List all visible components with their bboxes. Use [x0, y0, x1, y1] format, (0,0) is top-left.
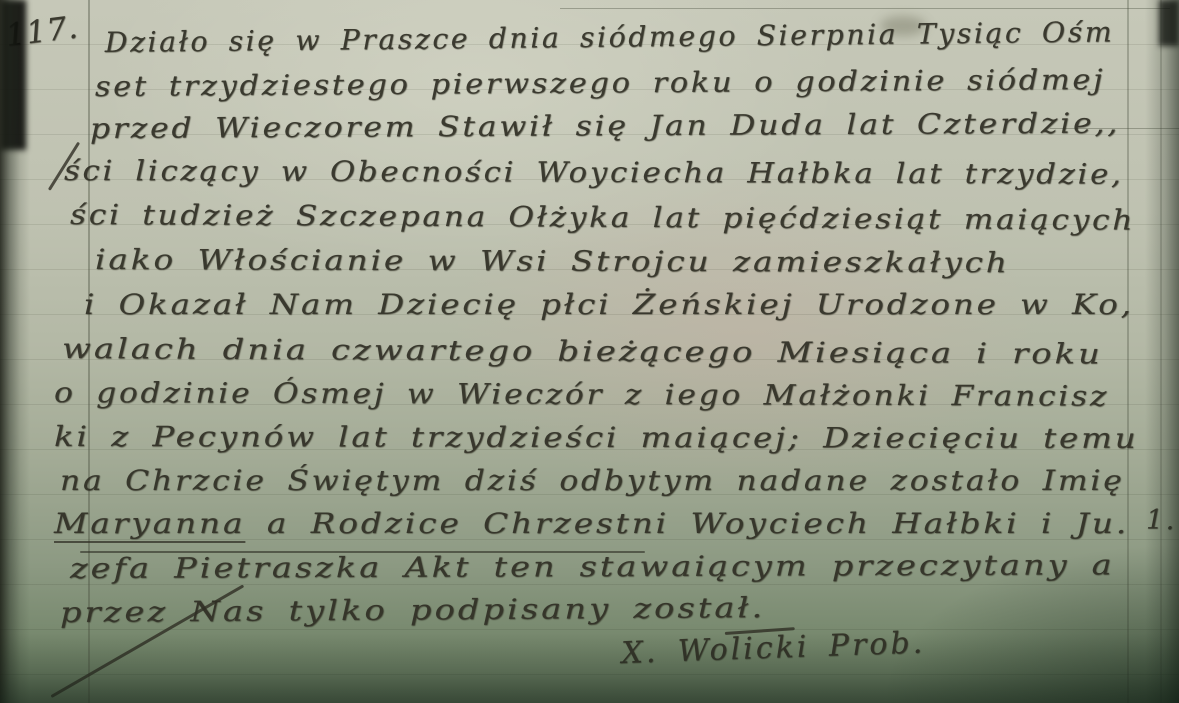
manuscript-line: iako Włościanie w Wsi Strojcu zamieszkał…: [95, 243, 1010, 279]
manuscript-line: przez Nas tylko podpisany został.: [60, 591, 765, 629]
manuscript-line: ki z Pecynów lat trzydzieści maiącej; Dz…: [54, 420, 1139, 455]
child-name: Maryanna: [54, 507, 245, 543]
manuscript-line: na Chrzcie Świętym dziś odbytym nadane z…: [60, 464, 1125, 497]
manuscript-line: o godzinie Ósmej w Wieczór z iego Małżon…: [54, 376, 1109, 413]
top-rule: [560, 8, 1170, 9]
photo-dark-corner: [1159, 0, 1179, 46]
manuscript-line: przed Wieczorem Stawił się Jan Duda lat …: [90, 107, 1120, 145]
manuscript-line: i Okazał Nam Dziecię płci Żeńskiej Urodz…: [84, 288, 1134, 321]
manuscript-line: set trzydziestego pierwszego roku o godz…: [95, 63, 1106, 103]
manuscript-line: ści liczący w Obecności Woyciecha Hałbka…: [64, 154, 1124, 191]
photo-edge-shadow: [0, 0, 30, 703]
manuscript-line: walach dnia czwartego bieżącego Miesiąca…: [62, 332, 1103, 370]
line-after-child-name: a Rodzice Chrzestni Woyciech Hałbki i Ju…: [267, 507, 1129, 540]
manuscript-line: ści tudzież Szczepana Ołżyka lat pięćdzi…: [70, 198, 1135, 237]
manuscript-line-child-name: Maryanna a Rodzice Chrzestni Woyciech Ha…: [54, 507, 1129, 540]
manuscript-photo: 117. Działo się w Praszce dnia siódmego …: [0, 0, 1179, 703]
photo-dark-corner: [879, 543, 1179, 703]
